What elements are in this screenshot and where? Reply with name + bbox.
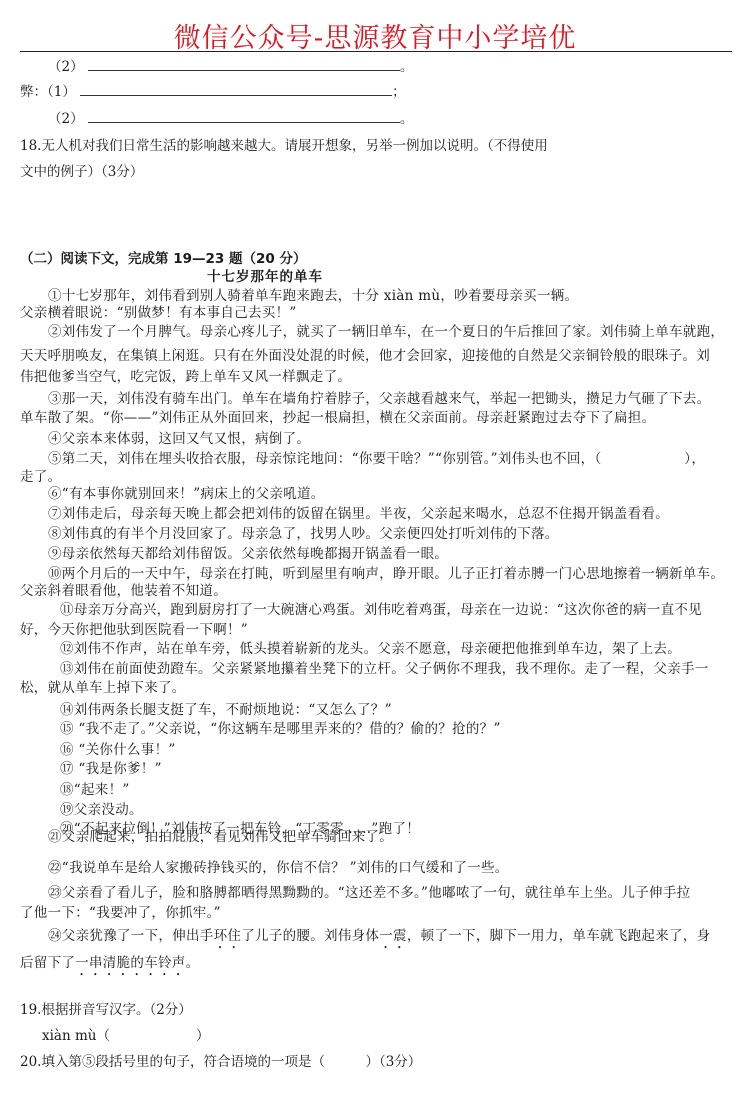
- story-line: ⑥“有本事你就别回来！”病床上的父亲吼道。: [48, 485, 325, 503]
- section-heading: （二）阅读下文，完成第 19—23 题（20 分）: [20, 247, 306, 267]
- story-line: ⑧刘伟真的有半个月没回家了。母亲急了，找男人吵。父亲便四处打听刘伟的下落。: [48, 525, 559, 543]
- story-line: ⑤第二天，刘伟在埋头收拾衣服，母亲惊诧地问：“你要干啥？”“你别管。”刘伟头也不…: [48, 450, 705, 468]
- story-line: 天天呼朋唤友，在集镇上闲逛。只有在外面没处混的时候，他才会回家，迎接他的自然是父…: [20, 347, 710, 365]
- item-end: ；: [392, 84, 406, 100]
- story-line: 父亲横着眼说：“别做梦！有本事自己去买！”: [20, 304, 297, 322]
- item-end: 。: [400, 111, 414, 127]
- pinyin-text: xiàn mù（: [42, 1028, 110, 1044]
- story-title: 十七岁那年的单车: [207, 265, 323, 285]
- text: ，顿了一下，脚下一用力，单车就飞跑起来了，身: [407, 928, 711, 944]
- story-line: ⑬刘伟在前面使劲蹬车。父亲紧紧地攥着坐凳下的立杆。父子俩你不理我，我不理你。走了…: [60, 660, 709, 678]
- story-line: ④父亲本来体弱，这回又气又恨，病倒了。: [48, 430, 310, 448]
- story-line: ⑨母亲依然每天都给刘伟留饭。父亲依然每晚都揭开锅盖看一眼。: [48, 545, 448, 563]
- story-line: 单车散了架。“你——”刘伟正从外面回来，抄起一根扁担，横在父亲面前。母亲赶紧跑过…: [20, 409, 655, 427]
- header-divider: [20, 51, 732, 52]
- disadvantage-item-2: （2） 。: [48, 110, 413, 128]
- story-line: ⑭刘伟两条长腿支挺了车，不耐烦地说：“又怎么了？”: [60, 701, 392, 719]
- answer-blank[interactable]: [88, 110, 400, 123]
- story-line: ⑫刘伟不作声，站在单车旁，低头摸着崭新的龙头。父亲不愿意，母亲硬把他推到单车边，…: [60, 640, 681, 658]
- story-line: ㉒“我说单车是给人家搬砖挣钱买的，你信不信？ ”刘伟的口气缓和了一些。: [48, 859, 509, 877]
- question-18-line1: 18.无人机对我们日常生活的影响越来越大。请展开想象，另举一例加以说明。（不得使…: [20, 137, 548, 155]
- story-line: ③那一天，刘伟没有骑车出门。单车在墙角拧着脖子，父亲越看越来气，举起一把锄头，攒…: [48, 390, 710, 408]
- question-20: 20.填入第⑤段括号里的句子，符合语境的一项是（ ）（3分）: [20, 1053, 421, 1071]
- story-line: 松，就从单车上掉下来了。: [20, 679, 186, 697]
- story-line: 好，今天你把他驮到医院看一下啊！”: [20, 621, 248, 639]
- item-label: （2）: [48, 111, 84, 127]
- question-19-pinyin: xiàn mù（）: [42, 1027, 209, 1045]
- story-line: ⑮ “我不走了。”父亲说，“你这辆车是哪里弄来的？借的？偷的？抢的？”: [60, 720, 501, 738]
- story-line-24a: ㉔父亲犹豫了一下，伸出手环住了儿子的腰。刘伟身体一震，顿了一下，脚下一用力，单车…: [48, 927, 710, 952]
- story-line: ⑲父亲没动。: [60, 801, 143, 819]
- emphasis-text: 一震: [379, 928, 407, 944]
- story-line: ⑰ “我是你爹！”: [60, 760, 162, 778]
- story-line: 了他一下：“我要冲了，你抓牢。”: [20, 904, 221, 922]
- story-line: ⑪母亲万分高兴，跑到厨房打了一大碗溏心鸡蛋。刘伟吃着鸡蛋，母亲在一边说：“这次你…: [60, 601, 702, 619]
- text: 后留下了: [20, 955, 75, 971]
- advantage-item-2: （2） 。: [48, 58, 413, 76]
- close-paren: ）: [196, 1028, 210, 1044]
- text: 了儿子的腰。刘伟身体: [241, 928, 379, 944]
- text: 。: [186, 955, 200, 971]
- item-end: 。: [400, 59, 414, 75]
- disadvantage-prefix: 弊：: [20, 84, 47, 100]
- item-label: （2）: [48, 59, 84, 75]
- story-line: ②刘伟发了一个月脾气。母亲心疼儿子，就买了一辆旧单车，在一个夏日的午后推回了家。…: [48, 323, 724, 341]
- story-line: 伟把他爹当空气，吃完饭，跨上单车又风一样飘走了。: [20, 368, 351, 386]
- story-line: ⑩两个月后的一天中午，母亲在打盹，听到屋里有响声，睁开眼。儿子正打着赤膊一门心思…: [48, 565, 724, 583]
- story-line: ①十七岁那年，刘伟看到别人骑着单车跑来跑去，十分 xiàn mù，吵着要母亲买一…: [48, 287, 578, 305]
- story-line: ⑦刘伟走后，母亲每天晚上都会把刘伟的饭留在锅里。半夜，父亲起来喝水，总忍不住揭开…: [48, 505, 669, 523]
- answer-blank[interactable]: [80, 83, 392, 96]
- answer-blank[interactable]: [88, 58, 400, 71]
- question-19: 19.根据拼音写汉字。（2分）: [20, 1001, 192, 1019]
- item-label: （1）: [47, 84, 76, 100]
- text: ㉔父亲犹豫了一下，伸出手: [48, 928, 214, 944]
- disadvantage-item-1: 弊：（1） ；: [20, 83, 406, 101]
- story-line: ⑯ “关你什么事！”: [60, 741, 176, 759]
- story-line-24b: 后留下了一串清脆的车铃声。: [20, 954, 199, 979]
- emphasis-text: 环住: [214, 928, 242, 944]
- story-line: ⑱“起来！”: [60, 781, 130, 799]
- question-18-line2: 文中的例子）（3分）: [20, 163, 143, 181]
- story-line: ㉓父亲看了看儿子，脸和胳膊都晒得黑黝黝的。“这还差不多。”他嘟哝了一句，就往单车…: [48, 884, 690, 902]
- story-line: ㉑父亲爬起来，拍拍屁股，看见刘伟又把单车骑回来了。: [48, 828, 393, 846]
- story-line: 父亲斜着眼看他，他装着不知道。: [20, 582, 227, 600]
- header-title: 微信公众号-思源教育中小学培优: [0, 16, 750, 55]
- emphasis-text: 一串清脆的车铃声: [75, 955, 185, 971]
- story-line: 走了。: [20, 468, 61, 486]
